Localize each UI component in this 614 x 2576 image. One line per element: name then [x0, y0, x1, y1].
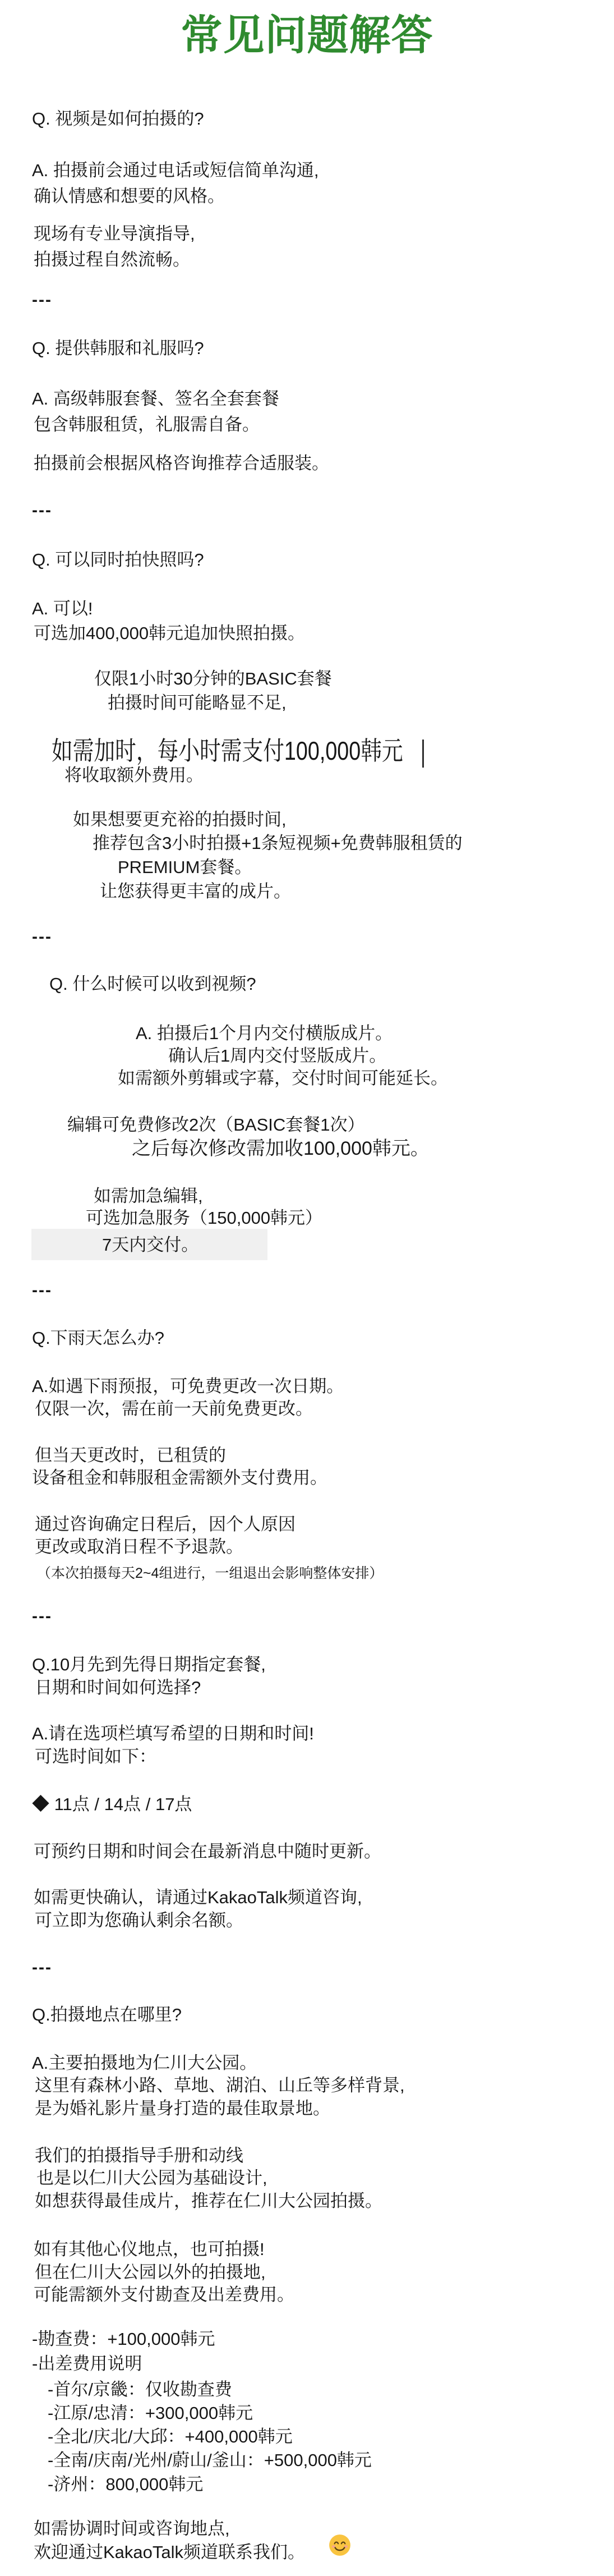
faq-paragraph-line: 但在仁川大公园以外的拍摄地, [35, 2262, 266, 2284]
basic-package-line: 拍摄时间可能略显不足, [108, 692, 287, 714]
faq-answer-line: 确认后1周内交付竖版成片。 [168, 1045, 386, 1067]
travel-fee-item: -江原/忠清：+300,000韩元 [48, 2403, 253, 2425]
faq-question: Q.拍摄地点在哪里? [32, 2004, 182, 2026]
schedule-note: （本次拍摄每天2~4组进行，一组退出会影响整体安排） [37, 1565, 383, 1582]
premium-package-line: PREMIUM套餐。 [118, 857, 252, 879]
faq-answer-line: 如需额外剪辑或字幕，交付时间可能延长。 [118, 1068, 448, 1090]
premium-package-line: 推荐包含3小时拍摄+1条短视频+免费韩服租赁的 [93, 833, 463, 855]
smiling-face-icon [329, 2534, 351, 2556]
rush-edit-line: 如需加急编辑, [94, 1186, 203, 1207]
faq-paragraph-line: 设备租金和韩服租金需额外支付费用。 [32, 1467, 327, 1489]
survey-fee-line: -勘查费：+100,000韩元 [32, 2329, 215, 2350]
section-divider: --- [32, 1280, 52, 1301]
faq-answer-line: A. 拍摄前会通过电话或短信简单沟通, [32, 160, 319, 182]
closing-line: 欢迎通过KakaoTalk频道联系我们。 [34, 2542, 305, 2564]
premium-package-line: 如果想要更充裕的拍摄时间, [73, 809, 287, 831]
faq-paragraph-line: 现场有专业导演指导, [34, 223, 195, 245]
overtime-fee-note: 将收取额外费用。 [64, 765, 204, 787]
faq-answer-line: A. 可以! [32, 598, 93, 620]
faq-paragraph-line: 如想获得最佳成片，推荐在仁川大公园拍摄。 [35, 2191, 382, 2212]
time-options-line: ◆ 11点 / 14点 / 17点 [32, 1794, 192, 1816]
faq-paragraph-line: 也是以仁川大公园为基础设计, [36, 2168, 267, 2189]
faq-question: 日期和时间如何选择? [35, 1677, 201, 1699]
faq-paragraph-line: 拍摄过程自然流畅。 [34, 249, 190, 271]
faq-answer-line: A.请在选项栏填写希望的日期和时间! [32, 1723, 314, 1745]
faq-question: Q. 提供韩服和礼服吗? [32, 338, 204, 360]
faq-question: Q. 什么时候可以收到视频? [49, 974, 256, 995]
faq-paragraph-line: 如有其他心仪地点，也可拍摄! [34, 2239, 265, 2261]
faq-answer-line: A.主要拍摄地为仁川大公园。 [32, 2052, 257, 2074]
faq-question: Q.10月先到先得日期指定套餐, [32, 1654, 266, 1676]
kakao-contact-line: 如需更快确认，请通过KakaoTalk频道咨询, [34, 1887, 362, 1909]
faq-answer-line: 可选时间如下： [35, 1746, 156, 1768]
vertical-bar [422, 740, 424, 768]
travel-fee-item: -首尔/京畿：仅收勘查费 [48, 2379, 232, 2401]
faq-answer-line: 确认情感和想要的风格。 [34, 186, 225, 208]
travel-fee-title: -出差费用说明 [32, 2353, 142, 2375]
faq-answer-line: 可选加400,000韩元追加快照拍摄。 [34, 623, 305, 645]
faq-answer-line: 包含韩服租赁，礼服需自备。 [34, 414, 260, 436]
overtime-fee-line: 如需加时，每小时需支付100,000韩元 [52, 736, 403, 766]
faq-answer-line: A.如遇下雨预报，可免费更改一次日期。 [32, 1376, 344, 1398]
rush-edit-line: 可选加急服务（150,000韩元） [86, 1207, 322, 1229]
travel-fee-item: -济州：800,000韩元 [48, 2474, 203, 2496]
closing-line: 如需协调时间或咨询地点, [34, 2518, 230, 2540]
edit-policy-line: 编辑可免费修改2次（BASIC套餐1次） [67, 1114, 365, 1136]
rush-edit-line: 7天内交付。 [102, 1234, 198, 1256]
faq-question: Q. 视频是如何拍摄的? [32, 108, 204, 130]
section-divider: --- [32, 500, 52, 521]
faq-page: 常见问题解答 Q. 视频是如何拍摄的? A. 拍摄前会通过电话或短信简单沟通, … [0, 0, 614, 2576]
faq-answer-line: A. 拍摄后1个月内交付横版成片。 [136, 1023, 393, 1045]
section-divider: --- [32, 1957, 52, 1978]
faq-paragraph-line: 可能需额外支付勘查及出差费用。 [34, 2284, 294, 2306]
section-divider: --- [32, 1606, 52, 1627]
faq-answer-line: A. 高级韩服套餐、签名全套套餐 [32, 388, 279, 410]
premium-package-line: 让您获得更丰富的成片。 [100, 881, 291, 903]
page-title: 常见问题解答 [0, 13, 614, 59]
kakao-contact-line: 可立即为您确认剩余名额。 [35, 1910, 243, 1932]
basic-package-line: 仅限1小时30分钟的BASIC套餐 [94, 668, 332, 690]
section-divider: --- [32, 926, 52, 948]
faq-answer-line: 是为婚礼影片量身打造的最佳取景地。 [35, 2098, 330, 2120]
travel-fee-item: -全北/庆北/大邱：+400,000韩元 [48, 2426, 293, 2448]
faq-question: Q.下雨天怎么办? [32, 1328, 164, 1349]
travel-fee-item: -全南/庆南/光州/蔚山/釜山：+500,000韩元 [48, 2450, 372, 2472]
booking-update-note: 可预约日期和时间会在最新消息中随时更新。 [34, 1841, 381, 1863]
faq-answer-line: 这里有森林小路、草地、湖泊、山丘等多样背景, [35, 2075, 405, 2097]
faq-paragraph-line: 但当天更改时，已租赁的 [35, 1445, 226, 1467]
faq-paragraph-line: 我们的拍摄指导手册和动线 [35, 2145, 243, 2167]
faq-paragraph-line: 拍摄前会根据风格咨询推荐合适服装。 [34, 453, 329, 475]
faq-paragraph-line: 通过咨询确定日程后，因个人原因 [35, 1514, 296, 1536]
section-divider: --- [32, 290, 52, 311]
faq-paragraph-line: 更改或取消日程不予退款。 [35, 1536, 243, 1558]
faq-answer-line: 仅限一次，需在前一天前免费更改。 [35, 1398, 313, 1420]
edit-fee-line: 之后每次修改需加收100,000韩元。 [132, 1137, 430, 1161]
faq-question: Q. 可以同时拍快照吗? [32, 549, 204, 571]
